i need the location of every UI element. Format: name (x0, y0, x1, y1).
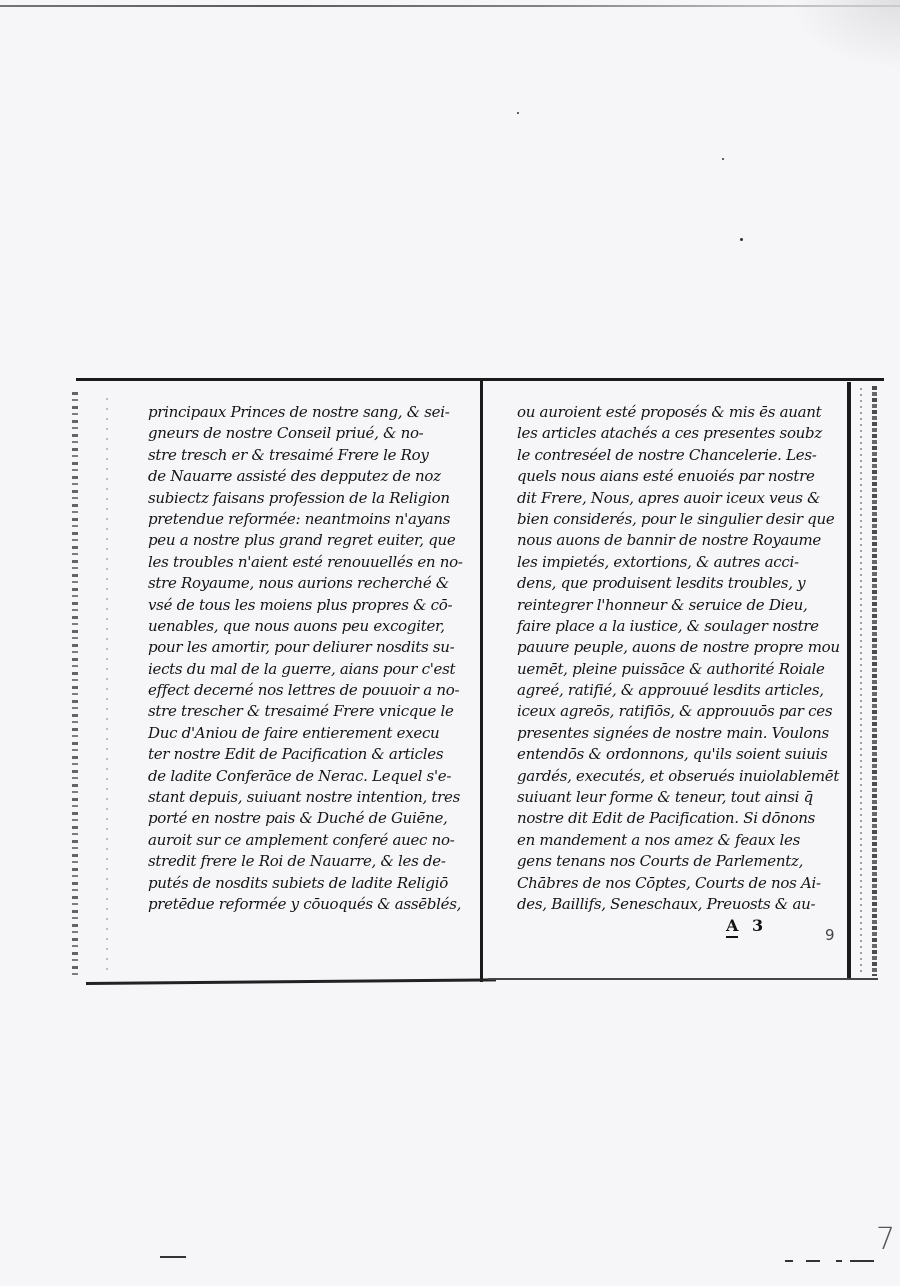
text-line: auroit sur ce amplement conferé auec no- (148, 830, 478, 851)
scan-bottom-mark (836, 1260, 842, 1262)
scan-speck (517, 112, 519, 114)
text-line: principaux Princes de nostre sang, & sei… (148, 402, 478, 423)
text-line: pauure peuple, auons de nostre propre mo… (517, 637, 833, 658)
text-line: bien considerés, pour le singulier desir… (517, 509, 833, 530)
left-page-edge-inner (106, 398, 108, 978)
scan-bottom-mark (785, 1260, 793, 1262)
right-page-edge-inner (860, 388, 862, 973)
scan-bottom-mark (850, 1260, 874, 1262)
text-line: des, Baillifs, Seneschaux, Preuosts & au… (517, 894, 833, 915)
right-page-bottom-border (488, 978, 878, 980)
scan-speck (722, 158, 724, 160)
foliation-number: 7 (876, 1222, 895, 1257)
text-line: les impietés, extortions, & autres acci- (517, 552, 833, 573)
gutter-divider (480, 380, 483, 982)
text-line: stre Royaume, nous aurions recherché & (148, 573, 478, 594)
text-line: agreé, ratifié, & approuué lesdits artic… (517, 680, 833, 701)
text-line: Chābres de nos Cōptes, Courts de nos Ai- (517, 873, 833, 894)
left-page-bottom-border (86, 978, 496, 985)
book-spread: principaux Princes de nostre sang, & sei… (76, 378, 886, 992)
text-line: stre trescher & tresaimé Frere vnicque l… (148, 701, 478, 722)
text-line: dens, que produisent lesdits troubles, y (517, 573, 833, 594)
right-page-text: ou auroient esté proposés & mis ēs auant… (517, 402, 833, 915)
text-line: reintegrer l'honneur & seruice de Dieu, (517, 595, 833, 616)
text-line: iceux agreōs, ratifiōs, & approuuōs par … (517, 701, 833, 722)
text-line: les troubles n'aient esté renouuellés en… (148, 552, 478, 573)
text-line: effect decerné nos lettres de pouuoir a … (148, 680, 478, 701)
right-page-edge (847, 382, 851, 978)
text-line: dit Frere, Nous, apres auoir iceux veus … (517, 488, 833, 509)
text-line: de Nauarre assisté des depputez de noz (148, 466, 478, 487)
text-line: pretendue reformée: neantmoins n'ayans (148, 509, 478, 530)
left-page-edge (72, 392, 78, 980)
right-page-edge-outer (872, 386, 877, 976)
scan-speck (740, 238, 743, 241)
text-line: pour les amortir, pour deliurer nosdits … (148, 637, 478, 658)
text-line: iects du mal de la guerre, aians pour c'… (148, 659, 478, 680)
text-line: putés de nosdits subiets de ladite Relig… (148, 873, 478, 894)
text-line: uenables, que nous auons peu excogiter, (148, 616, 478, 637)
text-line: ou auroient esté proposés & mis ēs auant (517, 402, 833, 423)
text-line: pretēdue reformée y cōuoqués & assēblés, (148, 894, 478, 915)
text-line: gardés, executés, et obserués inuiolable… (517, 766, 833, 787)
text-line: les articles atachés a ces presentes sou… (517, 423, 833, 444)
text-line: quels nous aians esté enuoiés par nostre (517, 466, 833, 487)
text-line: en mandement a nos amez & feaux les (517, 830, 833, 851)
text-line: de ladite Conferāce de Nerac. Lequel s'e… (148, 766, 478, 787)
text-line: nostre dit Edit de Pacification. Si dōno… (517, 808, 833, 829)
scan-shadow (790, 0, 900, 70)
text-line: stant depuis, suiuant nostre intention, … (148, 787, 478, 808)
signature-underline (726, 936, 738, 938)
scan-bottom-mark (806, 1260, 820, 1262)
signature-mark: A 3 (726, 916, 767, 935)
text-line: suiuant leur forme & teneur, tout ainsi … (517, 787, 833, 808)
text-line: gens tenans nos Courts de Parlementz, (517, 851, 833, 872)
scan-top-edge (0, 5, 900, 7)
text-line: uemēt, pleine puissāce & authorité Roial… (517, 659, 833, 680)
text-line: subiectz faisans profession de la Religi… (148, 488, 478, 509)
text-line: nous auons de bannir de nostre Royaume (517, 530, 833, 551)
text-line: Duc d'Aniou de faire entierement execu (148, 723, 478, 744)
text-line: stredit frere le Roi de Nauarre, & les d… (148, 851, 478, 872)
text-line: presentes signées de nostre main. Voulon… (517, 723, 833, 744)
scan-bottom-mark (160, 1256, 186, 1258)
text-line: gneurs de nostre Conseil priué, & no- (148, 423, 478, 444)
text-line: faire place a la iustice, & soulager nos… (517, 616, 833, 637)
left-page-text: principaux Princes de nostre sang, & sei… (148, 402, 478, 915)
text-line: vsé de tous les moiens plus propres & cō… (148, 595, 478, 616)
text-line: peu a nostre plus grand regret euiter, q… (148, 530, 478, 551)
text-line: stre tresch er & tresaimé Frere le Roy (148, 445, 478, 466)
text-line: entendōs & ordonnons, qu'ils soient suiu… (517, 744, 833, 765)
pencil-annotation: 9 (825, 926, 835, 944)
text-line: le contreséel de nostre Chancelerie. Les… (517, 445, 833, 466)
text-line: ter nostre Edit de Pacification & articl… (148, 744, 478, 765)
text-line: porté en nostre pais & Duché de Guiēne, (148, 808, 478, 829)
